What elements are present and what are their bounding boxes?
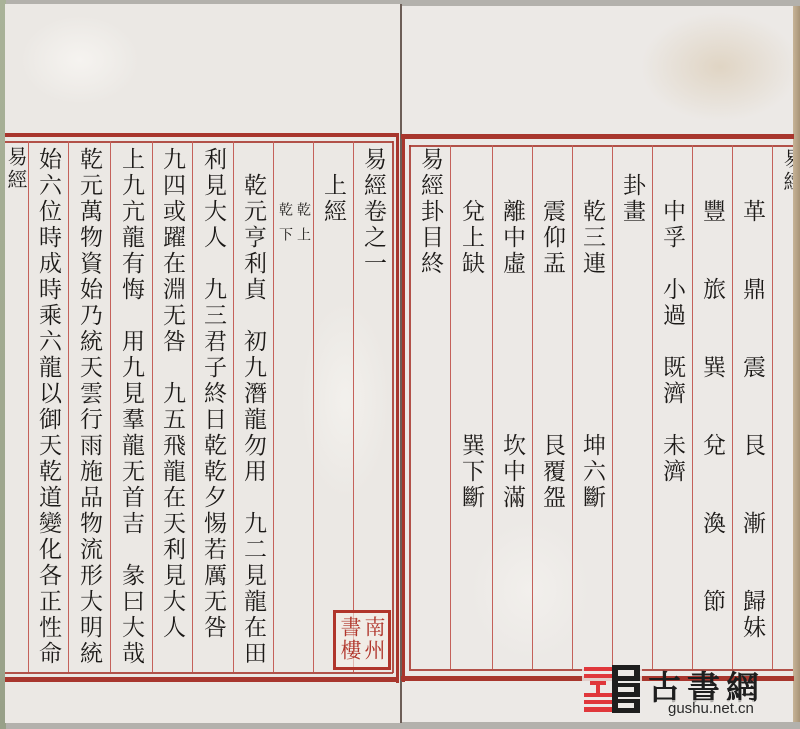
trigram-mnemonic: 巽下斷	[451, 433, 491, 511]
text-column: 乾元萬物資始乃統天雲行雨施品物流形大明統	[69, 147, 109, 667]
edge-label-container-right: 易經	[773, 146, 793, 206]
hexagram-name: 中孚	[652, 199, 692, 251]
section-title-upper-classic: 上經	[313, 173, 353, 225]
hexagram-name: 小過	[652, 277, 692, 329]
hexagram-name: 震	[732, 355, 772, 381]
frame-side-thick-left	[396, 133, 399, 683]
frame-top-thin-right	[409, 145, 793, 147]
watermark-logo-icon	[582, 665, 642, 715]
section-title-trigram-drawings: 卦畫	[612, 173, 652, 225]
edge-label-left: 易經	[5, 146, 28, 192]
edge-label-container-left: 易經	[5, 142, 28, 212]
frame-side-thick-right	[402, 134, 405, 682]
hexagram-name: 既濟	[652, 355, 692, 407]
edge-label-right: 易經	[773, 148, 793, 194]
frame-bottom-thin-left	[5, 672, 393, 674]
hexagram-name: 未濟	[652, 433, 692, 485]
hexagram-name: 艮	[732, 433, 772, 459]
hexagram-name: 兌	[692, 433, 732, 459]
trigram-mnemonic: 艮覆盌	[532, 433, 572, 511]
hexagram-name: 歸妹	[732, 589, 772, 641]
hexagram-name: 漸	[732, 511, 772, 537]
trigram-mnemonic: 坎中滿	[492, 433, 532, 511]
hexagram-name: 豐	[692, 199, 732, 225]
column-rule	[273, 141, 274, 672]
hexagram-name: 渙	[692, 511, 732, 537]
frame-top-thin-left	[5, 141, 393, 143]
trigram-mnemonic: 坤六斷	[572, 433, 612, 511]
book-scan: 易經 易經卷之一 上經 乾上 乾下 乾元亨利貞 初九潛龍勿用 九二見龍在田 利見…	[0, 0, 800, 729]
trigram-mnemonic: 震仰盂	[532, 199, 572, 277]
contents-end-label: 易經卦目終	[410, 147, 450, 277]
frame-top-thick-right	[401, 134, 794, 139]
text-column: 上九亢龍有悔 用九見羣龍无首吉 彖曰大哉	[111, 147, 151, 667]
hexagram-name: 鼎	[732, 277, 772, 303]
column-rule	[772, 145, 773, 669]
watermark-url: gushu.net.cn	[668, 700, 754, 717]
hexagram-name: 巽	[692, 355, 732, 381]
volume-title: 易經卷之一	[353, 147, 393, 277]
text-column: 乾元亨利貞 初九潛龍勿用 九二見龍在田	[233, 173, 273, 667]
collector-seal: 南州書樓	[333, 610, 391, 670]
seal-text: 南州書樓	[338, 616, 386, 664]
frame-top-thick-left	[5, 133, 399, 137]
trigram-note-upper: 乾上	[294, 202, 312, 252]
frame-bottom-thick-left	[5, 677, 399, 682]
text-column: 利見大人 九三君子終日乾乾夕惕若厲无咎	[193, 147, 233, 641]
right-page-edge	[793, 6, 800, 722]
text-column: 九四或躍在淵无咎 九五飛龍在天利見大人	[152, 147, 192, 641]
hexagram-name: 旅	[692, 277, 732, 303]
text-column: 始六位時成時乘六龍以御天乾道變化各正性命	[28, 147, 68, 667]
hexagram-name: 節	[692, 589, 732, 615]
trigram-mnemonic: 乾三連	[572, 199, 612, 277]
trigram-mnemonic: 兌上缺	[451, 199, 491, 277]
hexagram-name: 革	[732, 199, 772, 225]
trigram-mnemonic: 離中虛	[492, 199, 532, 277]
trigram-note-lower: 乾下	[276, 202, 294, 252]
